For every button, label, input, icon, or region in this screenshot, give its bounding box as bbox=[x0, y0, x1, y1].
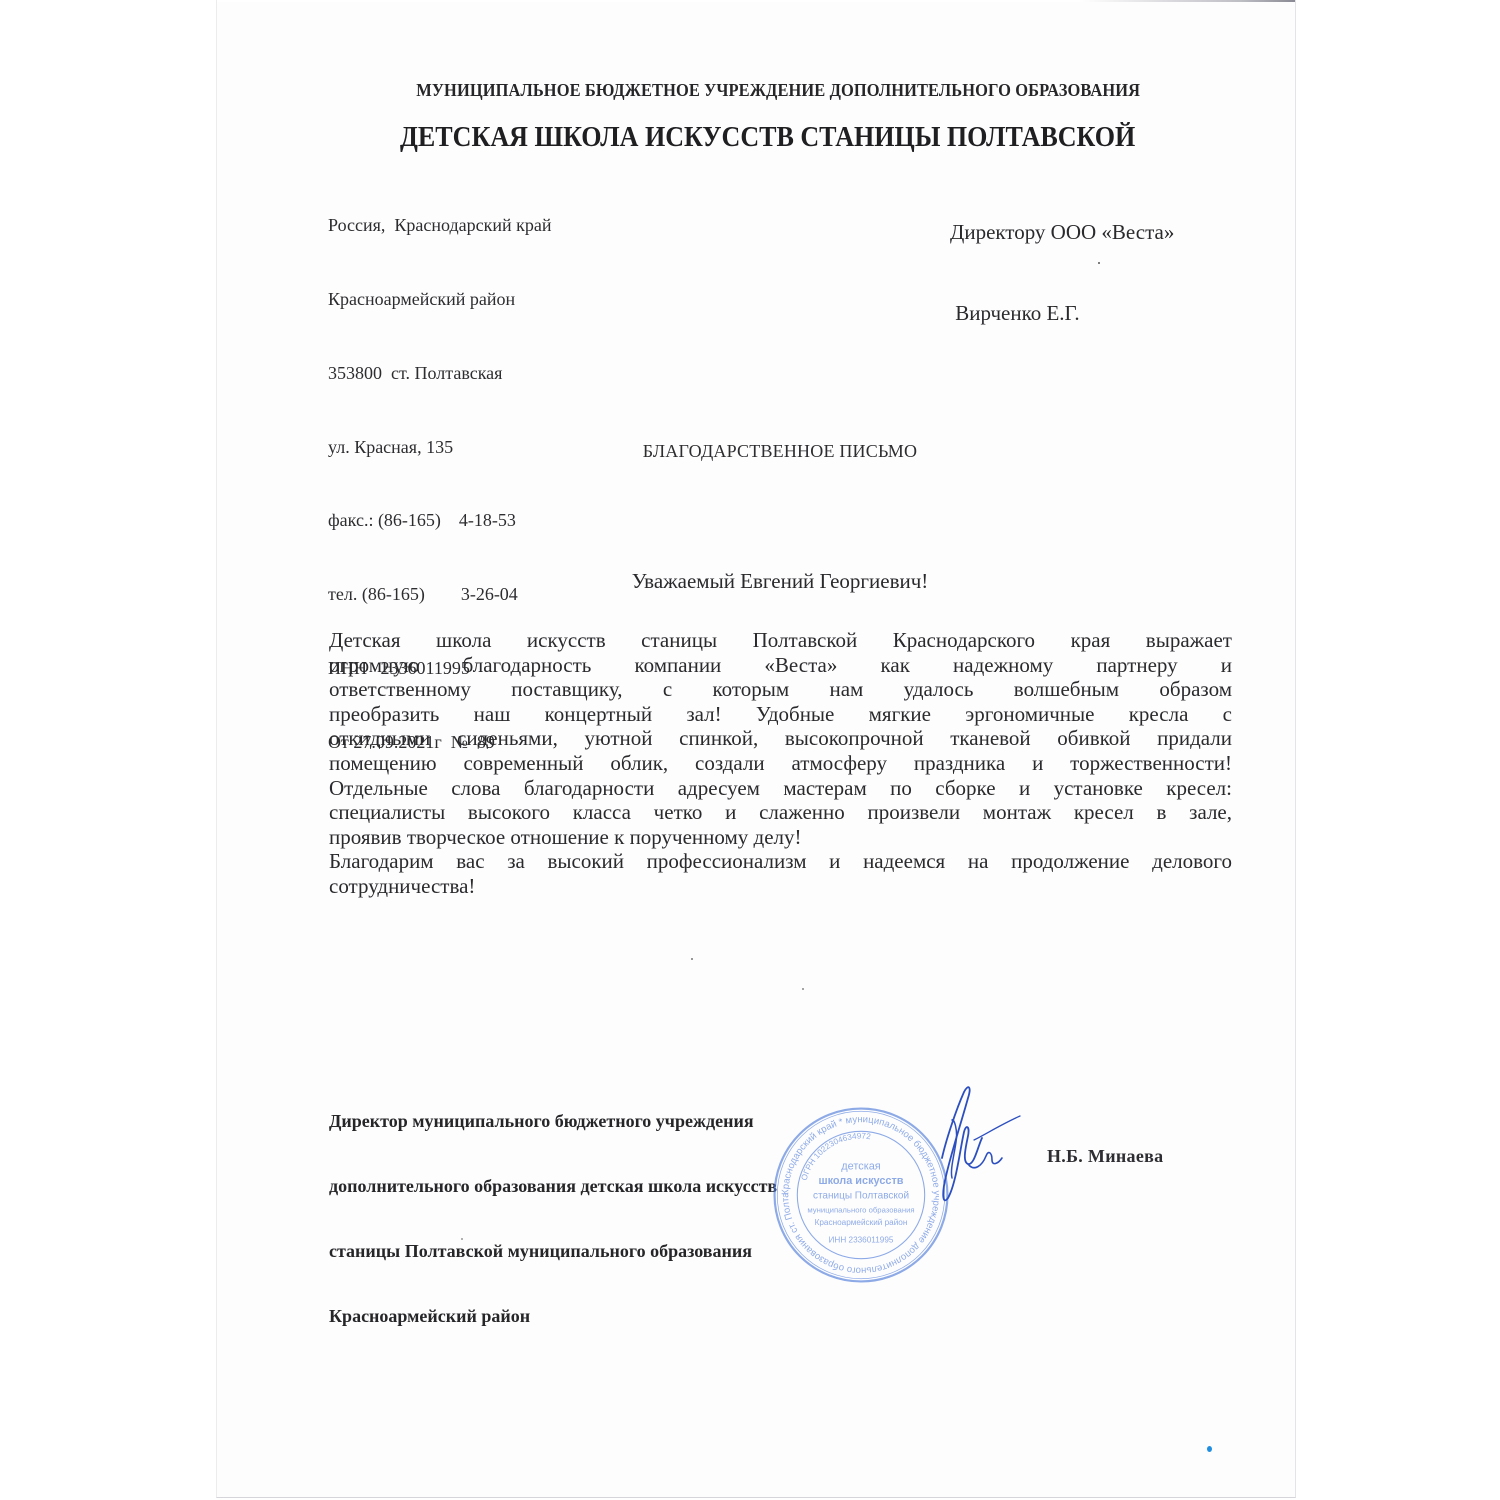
body-line: преобразить наш концертный зал! Удобные … bbox=[329, 702, 1232, 727]
address-country-region: Россия, Краснодарский край bbox=[328, 213, 552, 238]
stamp-center-line: школа искусств bbox=[818, 1175, 903, 1187]
stamp-center-line: Красноармейский район bbox=[815, 1218, 908, 1227]
body-line: Отдельные слова благодарности адресуем м… bbox=[329, 776, 1232, 801]
signature-icon bbox=[912, 1080, 1022, 1220]
scan-edge bbox=[217, 0, 1295, 2]
signatory-title-line: дополнительного образования детская школ… bbox=[329, 1176, 777, 1198]
letter-body: Детская школа искусств станицы Полтавско… bbox=[329, 628, 1232, 899]
recipient-name: Вирченко Е.Г. bbox=[950, 300, 1174, 327]
recipient-position: Директору ООО «Веста» bbox=[950, 219, 1174, 246]
body-line: сотрудничества! bbox=[329, 874, 1232, 899]
signatory-title-block: Директор муниципального бюджетного учреж… bbox=[329, 1068, 777, 1349]
organization-type-heading: МУНИЦИПАЛЬНОЕ БЮДЖЕТНОЕ УЧРЕЖДЕНИЕ ДОПОЛ… bbox=[45, 80, 1455, 101]
address-district: Красноармейский район bbox=[328, 287, 552, 312]
scan-speck bbox=[1098, 262, 1100, 264]
stamp-center-line: муниципального образования bbox=[807, 1205, 914, 1214]
signatory-title-line: Красноармейский район bbox=[329, 1306, 777, 1328]
document-title: БЛАГОДАРСТВЕННОЕ ПИСЬМО bbox=[0, 441, 1500, 462]
recipient-block: Директору ООО «Веста» Вирченко Е.Г. bbox=[950, 165, 1174, 354]
stamp-center-line: детская bbox=[841, 1161, 880, 1173]
body-line: ответственному поставщику, с которым нам… bbox=[329, 677, 1232, 702]
body-line: огромную благодарность компании «Веста» … bbox=[329, 653, 1232, 678]
body-line: откидными сиденьями, уютной спинкой, выс… bbox=[329, 726, 1232, 751]
signatory-title-line: станицы Полтавской муниципального образо… bbox=[329, 1241, 777, 1263]
body-line: проявив творческое отношение к порученно… bbox=[329, 825, 1232, 850]
address-postal-settlement: 353800 ст. Полтавская bbox=[328, 361, 552, 386]
signatory-title-line: Директор муниципального бюджетного учреж… bbox=[329, 1111, 777, 1133]
body-line: специалисты высокого класса четко и слаж… bbox=[329, 800, 1232, 825]
scan-speck bbox=[691, 958, 693, 960]
handwritten-signature bbox=[912, 1080, 1022, 1220]
school-name-heading: ДЕТСКАЯ ШКОЛА ИСКУССТВ СТАНИЦЫ ПОЛТАВСКО… bbox=[53, 122, 1448, 154]
body-line: помещению современный облик, создали атм… bbox=[329, 751, 1232, 776]
signer-name: Н.Б. Минаева bbox=[1047, 1146, 1163, 1167]
body-line: Благодарим вас за высокий профессионализ… bbox=[329, 849, 1232, 874]
scan-speck bbox=[802, 988, 804, 990]
stamp-center-line: станицы Полтавской bbox=[813, 1191, 909, 1202]
salutation: Уважаемый Евгений Георгиевич! bbox=[0, 569, 1500, 594]
address-fax: факс.: (86-165) 4-18-53 bbox=[328, 508, 552, 533]
scan-speck bbox=[1207, 1446, 1212, 1452]
body-line: Детская школа искусств станицы Полтавско… bbox=[329, 628, 1232, 653]
stamp-inn: ИНН 2336011995 bbox=[829, 1235, 894, 1244]
scan-speck bbox=[461, 1238, 463, 1240]
